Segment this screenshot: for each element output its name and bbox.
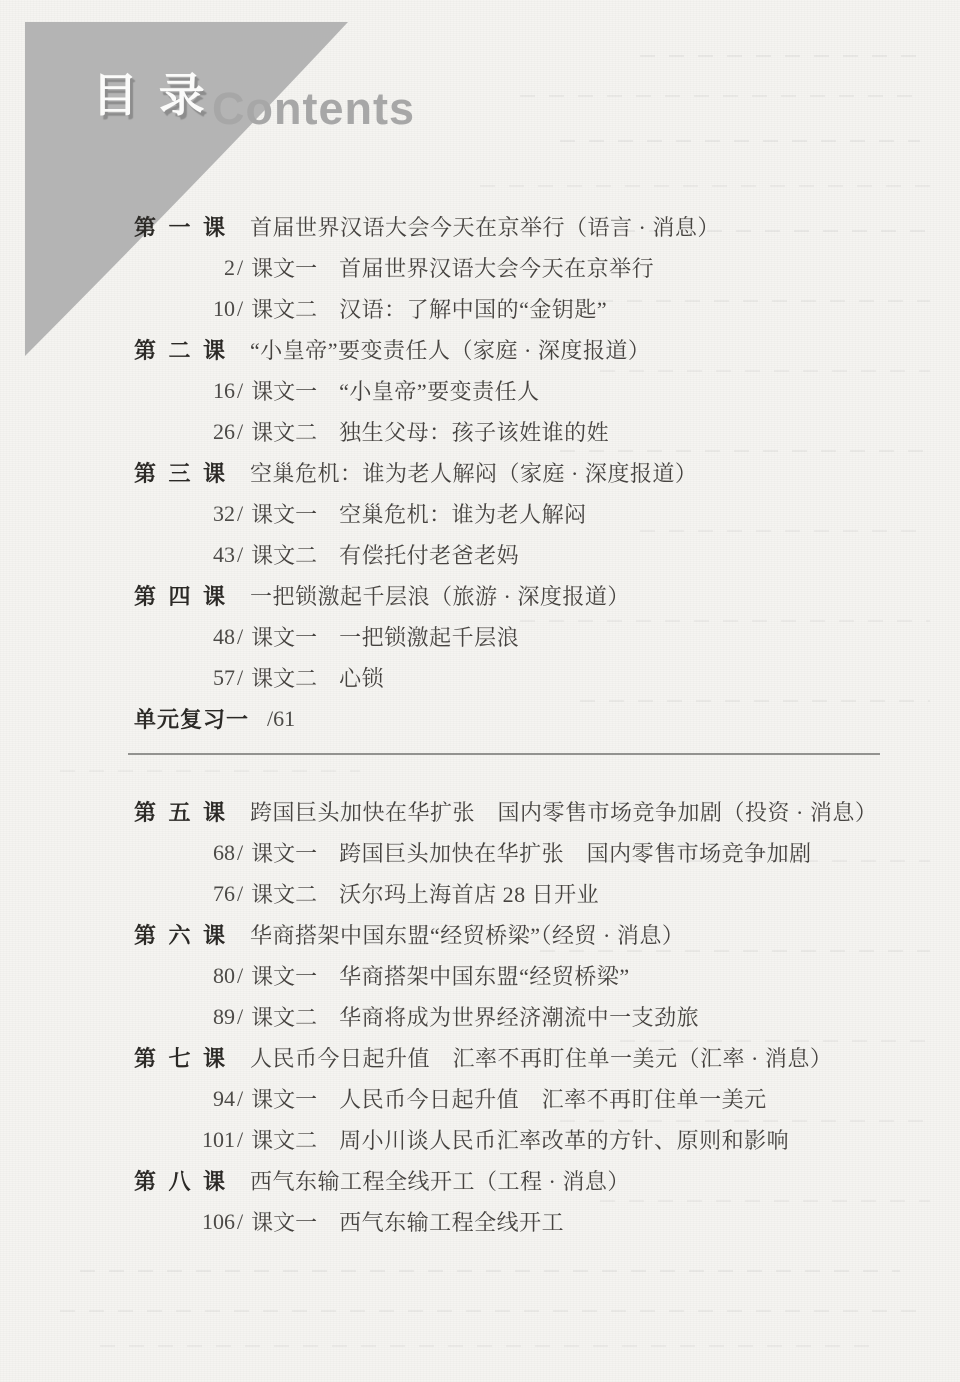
lesson-number: 第 二 课 (134, 334, 250, 365)
unit-review-page-number: 61 (273, 706, 295, 731)
lesson-number: 第 六 课 (134, 919, 250, 950)
page-number: 57 (134, 665, 235, 691)
lesson-number: 第 八 课 (134, 1165, 250, 1196)
toc-page: 目 录 Contents 第 一 课首届世界汉语大会今天在京举行（语言 · 消息… (0, 0, 960, 1382)
page-number: 48 (134, 624, 235, 650)
lesson-heading-row: 第 一 课首届世界汉语大会今天在京举行（语言 · 消息） (0, 206, 960, 247)
reading-title: 沃尔玛上海首店 28 日开业 (339, 878, 599, 909)
reading-label: 课文一 (251, 375, 317, 406)
reading-title: 一把锁激起千层浪 (339, 621, 519, 652)
lesson-title: “小皇帝”要变责任人（家庭 · 深度报道） (250, 334, 650, 365)
toc-item-row: 76/课文二沃尔玛上海首店 28 日开业 (0, 873, 960, 914)
toc-item-row: 43/课文二有偿托付老爸老妈 (0, 534, 960, 575)
toc-item-row: 101/课文二周小川谈人民币汇率改革的方针、原则和影响 (0, 1119, 960, 1160)
reading-label: 课文二 (251, 878, 317, 909)
lesson-heading-row: 第 三 课空巢危机：谁为老人解闷（家庭 · 深度报道） (0, 452, 960, 493)
lesson-title: 一把锁激起千层浪（旅游 · 深度报道） (250, 580, 630, 611)
reading-title: 人民币今日起升值 汇率不再盯住单一美元 (339, 1083, 767, 1114)
toc-item-row: 89/课文二华商将成为世界经济潮流中一支劲旅 (0, 996, 960, 1037)
reading-title: 汉语：了解中国的“金钥匙” (339, 293, 607, 324)
page-number: 16 (134, 378, 235, 404)
lesson-number: 第 五 课 (134, 796, 250, 827)
lesson-heading-row: 第 五 课跨国巨头加快在华扩张 国内零售市场竞争加剧（投资 · 消息） (0, 791, 960, 832)
toc-item-row: 32/课文一空巢危机：谁为老人解闷 (0, 493, 960, 534)
page-separator: / (237, 665, 243, 691)
page-number: 43 (134, 542, 235, 568)
reading-label: 课文二 (251, 1001, 317, 1032)
page-number: 94 (134, 1086, 235, 1112)
page-number: 68 (134, 840, 235, 866)
unit-review-label: 单元复习一 (134, 703, 249, 734)
reading-label: 课文二 (251, 416, 317, 447)
reading-label: 课文一 (251, 837, 317, 868)
bleed-line (480, 185, 930, 187)
page-separator: / (237, 840, 243, 866)
page-separator: / (237, 1086, 243, 1112)
page-number: 2 (134, 255, 235, 281)
toc-title-english: Contents (212, 86, 415, 131)
page-separator: / (237, 1209, 243, 1235)
bleed-line (520, 95, 920, 97)
lesson-heading-row: 第 二 课“小皇帝”要变责任人（家庭 · 深度报道） (0, 329, 960, 370)
lesson-heading-row: 第 八 课西气东输工程全线开工（工程 · 消息） (0, 1160, 960, 1201)
page-separator: / (237, 624, 243, 650)
page-number: 26 (134, 419, 235, 445)
lesson-title: 跨国巨头加快在华扩张 国内零售市场竞争加剧（投资 · 消息） (250, 796, 877, 827)
toc-list: 第 一 课首届世界汉语大会今天在京举行（语言 · 消息）2/课文一首届世界汉语大… (0, 206, 960, 1242)
page-number: 32 (134, 501, 235, 527)
toc-item-row: 26/课文二独生父母：孩子该姓谁的姓 (0, 411, 960, 452)
lesson-title: 华商搭架中国东盟“经贸桥梁”（经贸 · 消息） (250, 919, 684, 950)
section-divider (128, 753, 880, 755)
page-number: 80 (134, 963, 235, 989)
page-separator: / (237, 881, 243, 907)
page-separator: / (237, 501, 243, 527)
page-number: 89 (134, 1004, 235, 1030)
lesson-number: 第 一 课 (134, 211, 250, 242)
reading-title: 独生父母：孩子该姓谁的姓 (339, 416, 609, 447)
reading-label: 课文一 (251, 252, 317, 283)
toc-title-chinese: 目 录 (92, 72, 209, 118)
unit-review-page: /61 (267, 706, 295, 732)
lesson-title: 首届世界汉语大会今天在京举行（语言 · 消息） (250, 211, 720, 242)
bleed-line (560, 140, 920, 142)
page-separator: / (237, 378, 243, 404)
reading-title: 跨国巨头加快在华扩张 国内零售市场竞争加剧 (339, 837, 812, 868)
lesson-heading-row: 第 四 课一把锁激起千层浪（旅游 · 深度报道） (0, 575, 960, 616)
reading-label: 课文二 (251, 539, 317, 570)
page-separator: / (237, 255, 243, 281)
page-number: 10 (134, 296, 235, 322)
reading-title: 华商将成为世界经济潮流中一支劲旅 (339, 1001, 699, 1032)
lesson-number: 第 三 课 (134, 457, 250, 488)
reading-label: 课文一 (251, 621, 317, 652)
page-number: 76 (134, 881, 235, 907)
toc-item-row: 57/课文二心锁 (0, 657, 960, 698)
reading-title: 周小川谈人民币汇率改革的方针、原则和影响 (339, 1124, 789, 1155)
reading-label: 课文二 (251, 1124, 317, 1155)
reading-title: 首届世界汉语大会今天在京举行 (339, 252, 654, 283)
lesson-heading-row: 第 六 课华商搭架中国东盟“经贸桥梁”（经贸 · 消息） (0, 914, 960, 955)
page-separator: / (237, 296, 243, 322)
bleed-line (100, 1345, 880, 1347)
toc-item-row: 10/课文二汉语：了解中国的“金钥匙” (0, 288, 960, 329)
unit-review-row: 单元复习一/61 (0, 698, 960, 739)
reading-label: 课文一 (251, 1206, 317, 1237)
page-number: 106 (134, 1209, 235, 1235)
bleed-line (80, 1270, 900, 1272)
reading-title: 空巢危机：谁为老人解闷 (339, 498, 587, 529)
lesson-title: 空巢危机：谁为老人解闷（家庭 · 深度报道） (250, 457, 697, 488)
bleed-line (60, 1310, 920, 1312)
lesson-number: 第 四 课 (134, 580, 250, 611)
page-number: 101 (134, 1127, 235, 1153)
toc-item-row: 48/课文一一把锁激起千层浪 (0, 616, 960, 657)
reading-title: 西气东输工程全线开工 (339, 1206, 564, 1237)
reading-title: 心锁 (339, 662, 384, 693)
lesson-title: 人民币今日起升值 汇率不再盯住单一美元（汇率 · 消息） (250, 1042, 832, 1073)
reading-label: 课文一 (251, 1083, 317, 1114)
lesson-heading-row: 第 七 课人民币今日起升值 汇率不再盯住单一美元（汇率 · 消息） (0, 1037, 960, 1078)
page-separator: / (237, 419, 243, 445)
reading-label: 课文二 (251, 293, 317, 324)
toc-item-row: 80/课文一华商搭架中国东盟“经贸桥梁” (0, 955, 960, 996)
reading-label: 课文一 (251, 960, 317, 991)
lesson-number: 第 七 课 (134, 1042, 250, 1073)
toc-item-row: 16/课文一“小皇帝”要变责任人 (0, 370, 960, 411)
reading-title: 华商搭架中国东盟“经贸桥梁” (339, 960, 630, 991)
reading-title: “小皇帝”要变责任人 (339, 375, 540, 406)
reading-label: 课文一 (251, 498, 317, 529)
lesson-title: 西气东输工程全线开工（工程 · 消息） (250, 1165, 630, 1196)
toc-item-row: 68/课文一跨国巨头加快在华扩张 国内零售市场竞争加剧 (0, 832, 960, 873)
reading-title: 有偿托付老爸老妈 (339, 539, 519, 570)
page-separator: / (237, 542, 243, 568)
toc-item-row: 2/课文一首届世界汉语大会今天在京举行 (0, 247, 960, 288)
bleed-line (640, 55, 930, 57)
toc-item-row: 106/课文一西气东输工程全线开工 (0, 1201, 960, 1242)
toc-item-row: 94/课文一人民币今日起升值 汇率不再盯住单一美元 (0, 1078, 960, 1119)
page-separator: / (237, 1004, 243, 1030)
reading-label: 课文二 (251, 662, 317, 693)
page-separator: / (237, 963, 243, 989)
page-separator: / (237, 1127, 243, 1153)
